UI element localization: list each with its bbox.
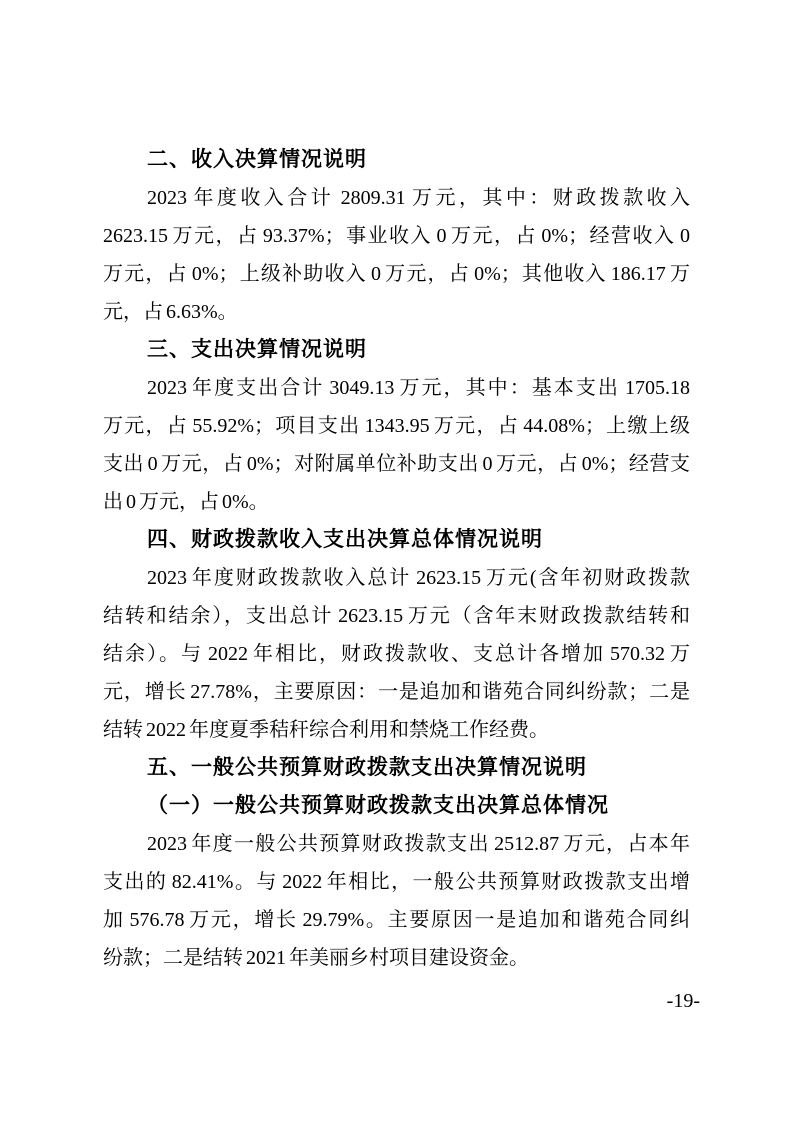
document-content: 二、收入决算情况说明 2023 年度收入合计 2809.31 万元，其中：财政拨… <box>103 141 690 977</box>
paragraph-line: 加 576.78 万元，增长 29.79%。主要原因一是追加和谐苑合同纠 <box>103 901 690 939</box>
paragraph-line: 元，增长 27.78%，主要原因：一是追加和谐苑合同纠纷款；二是 <box>103 673 690 711</box>
paragraph-line: 2023 年度财政拨款收入总计 2623.15 万元(含年初财政拨款 <box>103 559 690 597</box>
paragraph-line: 结余）。与 2022 年相比，财政拨款收、支总计各增加 570.32 万 <box>103 635 690 673</box>
section-expenditure: 三、支出决算情况说明 2023 年度支出合计 3049.13 万元，其中：基本支… <box>103 331 690 521</box>
paragraph-line: 万元，占 55.92%；项目支出 1343.95 万元，占 44.08%；上缴上… <box>103 407 690 445</box>
paragraph-line: 纷款；二是结转 2021 年美丽乡村项目建设资金。 <box>103 939 690 977</box>
paragraph-line: 支出的 82.41%。与 2022 年相比，一般公共预算财政拨款支出增 <box>103 863 690 901</box>
paragraph-line: 结转 2022 年度夏季秸秆综合利用和禁烧工作经费。 <box>103 711 690 749</box>
paragraph-line: 2023 年度一般公共预算财政拨款支出 2512.87 万元，占本年 <box>103 825 690 863</box>
heading-fiscal-appropriation-section: 四、财政拨款收入支出决算总体情况说明 <box>103 521 690 559</box>
paragraph-line: 2023 年度支出合计 3049.13 万元，其中：基本支出 1705.18 <box>103 369 690 407</box>
paragraph-line: 元，占 6.63%。 <box>103 293 690 331</box>
document-page: 二、收入决算情况说明 2023 年度收入合计 2809.31 万元，其中：财政拨… <box>0 0 793 1122</box>
paragraph-line: 支出 0 万元，占 0%；对附属单位补助支出 0 万元，占 0%；经营支 <box>103 445 690 483</box>
paragraph-line: 2623.15 万元，占 93.37%；事业收入 0 万元，占 0%；经营收入 … <box>103 217 690 255</box>
paragraph-line: 2023 年度收入合计 2809.31 万元，其中：财政拨款收入 <box>103 179 690 217</box>
paragraph-line: 出 0 万元，占 0%。 <box>103 483 690 521</box>
heading-expenditure-section: 三、支出决算情况说明 <box>103 331 690 369</box>
heading-income-section: 二、收入决算情况说明 <box>103 141 690 179</box>
section-general-public-budget: 五、一般公共预算财政拨款支出决算情况说明 （一）一般公共预算财政拨款支出决算总体… <box>103 749 690 977</box>
heading-general-public-budget-section: 五、一般公共预算财政拨款支出决算情况说明 <box>103 749 690 787</box>
paragraph-line: 万元，占 0%；上级补助收入 0 万元，占 0%；其他收入 186.17 万 <box>103 255 690 293</box>
section-income: 二、收入决算情况说明 2023 年度收入合计 2809.31 万元，其中：财政拨… <box>103 141 690 331</box>
section-fiscal-appropriation: 四、财政拨款收入支出决算总体情况说明 2023 年度财政拨款收入总计 2623.… <box>103 521 690 749</box>
subheading-general-public-budget-overview: （一）一般公共预算财政拨款支出决算总体情况 <box>103 787 690 825</box>
page-number: -19- <box>667 989 700 1013</box>
paragraph-line: 结转和结余），支出总计 2623.15 万元（含年末财政拨款结转和 <box>103 597 690 635</box>
